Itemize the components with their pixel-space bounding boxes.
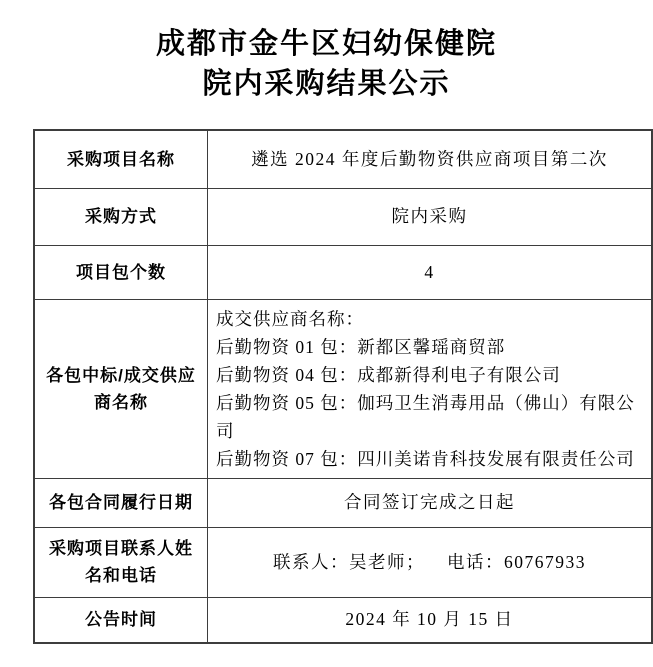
contact-person: 联系人：吴老师； [273, 552, 425, 572]
title-line-1: 成都市金牛区妇幼保健院 [0, 24, 653, 64]
table-row-procurement-method: 采购方式 院内采购 [34, 188, 652, 245]
row-value-winning-suppliers: 成交供应商名称： 后勤物资 01 包：新都区馨瑶商贸部 后勤物资 04 包：成都… [208, 299, 653, 478]
table-row-announcement-date: 公告时间 2024 年 10 月 15 日 [34, 597, 652, 643]
row-label-contract-date: 各包合同履行日期 [34, 478, 208, 527]
title-line-2: 院内采购结果公示 [0, 64, 653, 104]
table-row-contact: 采购项目联系人姓名和电话 联系人：吴老师；电话：60767933 [34, 527, 652, 597]
row-value-project-name: 遴选 2024 年度后勤物资供应商项目第二次 [208, 130, 653, 188]
contact-phone: 电话：60767933 [447, 552, 586, 572]
supplier-package-01: 后勤物资 01 包：新都区馨瑶商贸部 [216, 333, 643, 361]
supplier-heading: 成交供应商名称： [216, 305, 643, 333]
table-row-project-name: 采购项目名称 遴选 2024 年度后勤物资供应商项目第二次 [34, 130, 652, 188]
row-label-project-name: 采购项目名称 [34, 130, 208, 188]
table-row-contract-date: 各包合同履行日期 合同签订完成之日起 [34, 478, 652, 527]
row-label-package-count: 项目包个数 [34, 245, 208, 299]
procurement-result-table: 采购项目名称 遴选 2024 年度后勤物资供应商项目第二次 采购方式 院内采购 … [33, 129, 653, 644]
row-label-contact: 采购项目联系人姓名和电话 [34, 527, 208, 597]
row-value-contact: 联系人：吴老师；电话：60767933 [208, 527, 653, 597]
row-value-package-count: 4 [208, 245, 653, 299]
supplier-package-05: 后勤物资 05 包：伽玛卫生消毒用品（佛山）有限公司 [216, 389, 643, 445]
row-label-procurement-method: 采购方式 [34, 188, 208, 245]
row-value-contract-date: 合同签订完成之日起 [208, 478, 653, 527]
row-value-announcement-date: 2024 年 10 月 15 日 [208, 597, 653, 643]
row-label-winning-suppliers: 各包中标/成交供应商名称 [34, 299, 208, 478]
row-value-procurement-method: 院内采购 [208, 188, 653, 245]
supplier-package-04: 后勤物资 04 包：成都新得利电子有限公司 [216, 361, 643, 389]
supplier-package-07: 后勤物资 07 包：四川美诺肯科技发展有限责任公司 [216, 445, 643, 473]
table-row-winning-suppliers: 各包中标/成交供应商名称 成交供应商名称： 后勤物资 01 包：新都区馨瑶商贸部… [34, 299, 652, 478]
page-title: 成都市金牛区妇幼保健院 院内采购结果公示 [0, 24, 653, 104]
row-label-announcement-date: 公告时间 [34, 597, 208, 643]
table-row-package-count: 项目包个数 4 [34, 245, 652, 299]
